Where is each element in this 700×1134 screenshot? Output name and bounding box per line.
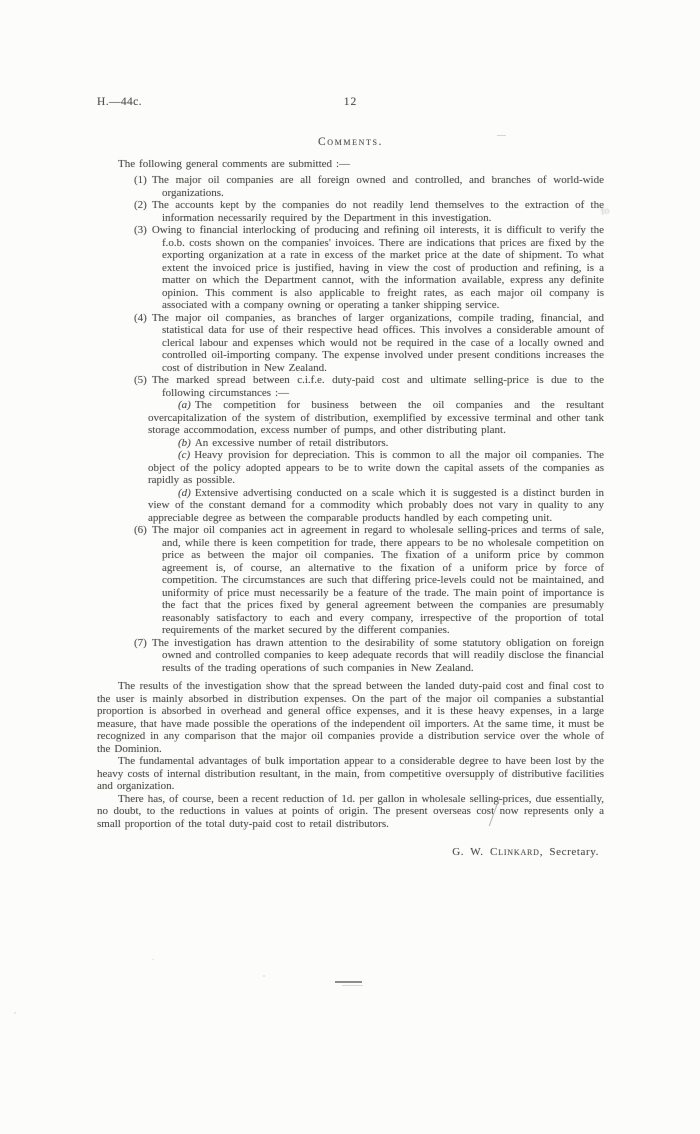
scan-speck bbox=[14, 1012, 16, 1014]
sub-item-text: Extensive advertising conducted on a sca… bbox=[148, 487, 604, 524]
item-text: (1)The major oil companies are all forei… bbox=[162, 174, 604, 199]
sub-item-number: (c) bbox=[178, 449, 194, 461]
ink-smudge-artifact: fo bbox=[600, 205, 610, 217]
item-number: (6) bbox=[134, 524, 152, 536]
sub-item: (c)Heavy provision for depreciation. Thi… bbox=[148, 449, 604, 487]
list-item: (2)The accounts kept by the companies do… bbox=[97, 199, 604, 224]
end-rule-shadow bbox=[342, 985, 363, 986]
scanned-document-page: H.—44c. 12 Comments. The following gener… bbox=[0, 0, 700, 1134]
comments-list: (1)The major oil companies are all forei… bbox=[97, 174, 604, 674]
signature-initials: G. W. bbox=[452, 846, 483, 858]
closing-paragraph: The fundamental advantages of bulk impor… bbox=[97, 755, 604, 793]
closing-paragraph: The results of the investigation show th… bbox=[97, 680, 604, 755]
item-body-text: The major oil companies, as branches of … bbox=[152, 312, 604, 374]
item-body-text: The major oil companies are all foreign … bbox=[152, 174, 604, 199]
signature-name: Clinkard bbox=[490, 846, 540, 858]
list-item: (1)The major oil companies are all forei… bbox=[97, 174, 604, 199]
item-text: (2)The accounts kept by the companies do… bbox=[162, 199, 604, 224]
item-number: (4) bbox=[134, 312, 152, 324]
signature-line: G. W. Clinkard, Secretary. bbox=[97, 846, 604, 859]
item-number: (5) bbox=[134, 374, 152, 386]
item-number: (2) bbox=[134, 199, 152, 211]
running-head: H.—44c. 12 bbox=[97, 96, 604, 109]
item-number: (3) bbox=[134, 224, 152, 236]
scan-speck bbox=[152, 959, 154, 960]
sub-item: (b)An excessive number of retail distrib… bbox=[148, 437, 604, 450]
page-number: 12 bbox=[344, 96, 358, 108]
list-item: (6)The major oil companies act in agreem… bbox=[97, 524, 604, 637]
page-content: H.—44c. 12 Comments. The following gener… bbox=[97, 96, 604, 859]
scan-speck bbox=[263, 975, 265, 977]
sub-item-number: (d) bbox=[178, 487, 195, 499]
sub-item: (d)Extensive advertising conducted on a … bbox=[148, 487, 604, 525]
item-body-text: The major oil companies act in agreement… bbox=[152, 524, 604, 636]
list-item: (4)The major oil companies, as branches … bbox=[97, 312, 604, 375]
report-code: H.—44c. bbox=[97, 96, 142, 109]
sub-item-text: The competition for business between the… bbox=[148, 399, 604, 436]
item-text: (7)The investigation has drawn attention… bbox=[162, 637, 604, 675]
sub-item: (a)The competition for business between … bbox=[148, 399, 604, 437]
item-text: (3)Owing to financial interlocking of pr… bbox=[162, 224, 604, 312]
item-body-text: The accounts kept by the companies do no… bbox=[152, 199, 604, 224]
section-title: Comments. bbox=[97, 136, 604, 149]
item-body-text: Owing to financial interlocking of produ… bbox=[152, 224, 604, 311]
list-item: (3)Owing to financial interlocking of pr… bbox=[97, 224, 604, 312]
item-body-text: The marked spread between c.i.f.e. duty-… bbox=[152, 374, 604, 399]
list-item: (7)The investigation has drawn attention… bbox=[97, 637, 604, 675]
item-text: (4)The major oil companies, as branches … bbox=[162, 312, 604, 375]
item-body-text: The investigation has drawn attention to… bbox=[152, 637, 604, 674]
scan-dash-artifact bbox=[497, 135, 506, 136]
item-number: (1) bbox=[134, 174, 152, 186]
sub-item-number: (a) bbox=[178, 399, 195, 411]
end-of-text-rule bbox=[335, 981, 362, 983]
item-text: (6)The major oil companies act in agreem… bbox=[162, 524, 604, 637]
sub-item-text: An excessive number of retail distributo… bbox=[195, 437, 389, 449]
sub-item-text: Heavy provision for depreciation. This i… bbox=[148, 449, 604, 486]
list-item: (5)The marked spread between c.i.f.e. du… bbox=[97, 374, 604, 524]
intro-paragraph: The following general comments are submi… bbox=[97, 158, 604, 171]
closing-paragraph: There has, of course, been a recent redu… bbox=[97, 793, 604, 831]
signature-role: , Secretary. bbox=[540, 846, 599, 858]
item-text: (5)The marked spread between c.i.f.e. du… bbox=[162, 374, 604, 399]
sub-item-number: (b) bbox=[178, 437, 195, 449]
item-number: (7) bbox=[134, 637, 152, 649]
